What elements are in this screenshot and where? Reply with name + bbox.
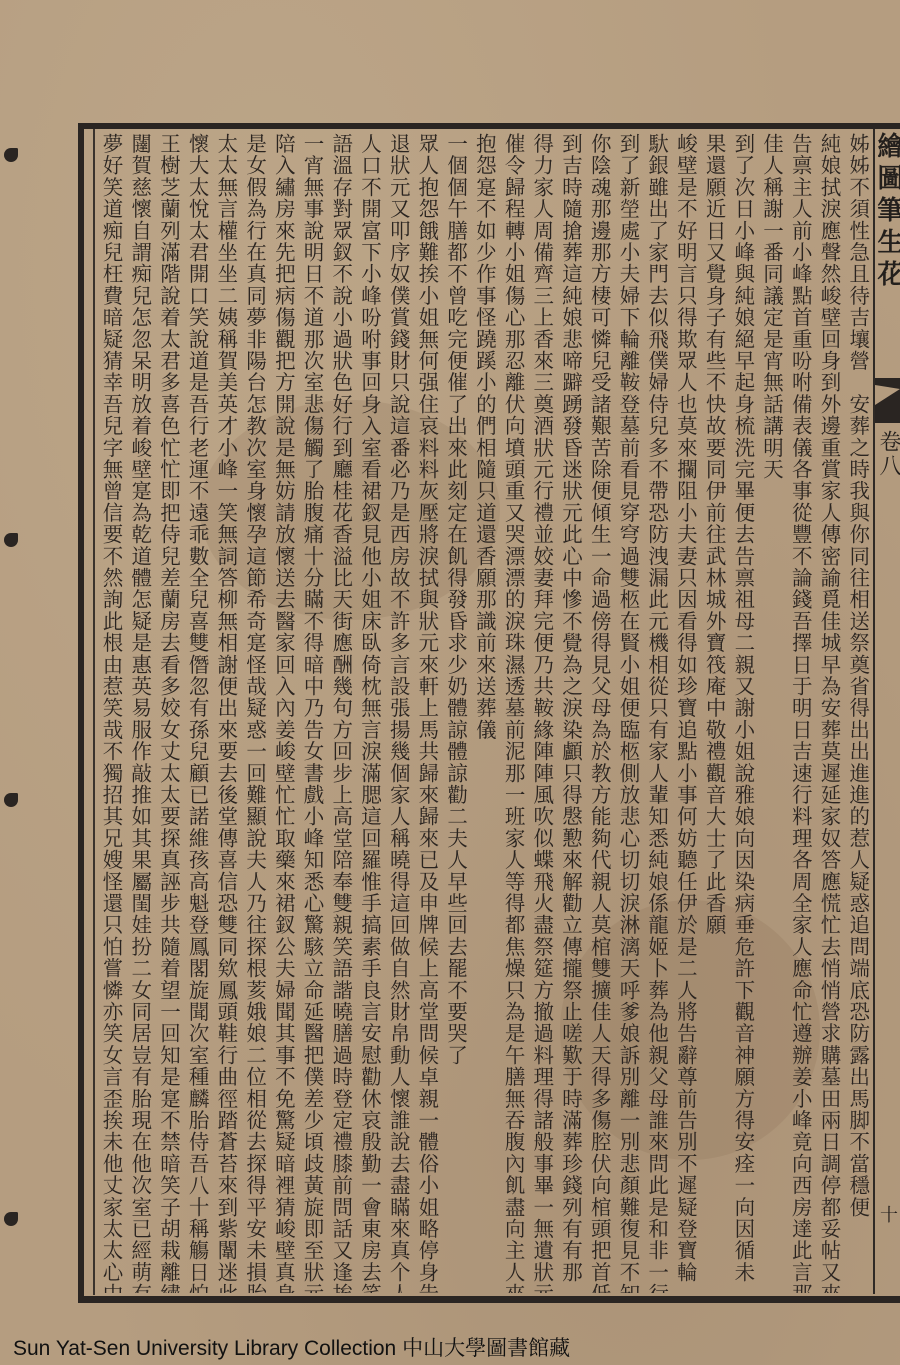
text-column: 得力家人周備齊三上香來三奠酒狀元行禮並姣妻拜完便乃共鞍緣陣陣風吹似蝶飛火盡祭筵方… (529, 133, 554, 1293)
text-column: 馱銀雖出了家門去似飛僕婦侍兒多不帶恐防洩漏此元機相從只有家人輩知悉純娘係龍姬卜葬… (644, 133, 669, 1293)
text-column: 王樹芝蘭列滿階說着太君多喜色忙忙即把侍兒差蘭房去看多姣女丈太太要探真誣步共隨着望… (155, 133, 180, 1293)
text-column: 純娘拭淚應聲然峻壁回身到外邊重賞家人傳密諭覓佳城早為安葬莫遲延家奴答應慌忙去悄悄… (816, 133, 841, 1293)
text-column: 抱怨寔不如少作事怪蹺蹊小的們相隨只道還香願那識前來送葬儀 (471, 133, 496, 1293)
text-column: 到了新塋處小夫婦下輪離鞍登墓前看見穿穹過雙柩在賢小姐便臨柩側放悲心切切淚淋漓天呼… (615, 133, 640, 1293)
text-column: 果還願近日又覺身子有些不快故要同伊前往武林城外寶筏庵中敬禮觀音大士了此香願 (701, 133, 726, 1293)
text-column: 佳人稱謝一番同議定是宵無話講明天 (759, 133, 784, 1293)
binding-hole-icon (4, 148, 18, 162)
text-column: 一宵無事說明日不道那次室悲傷觸了胎腹痛十分瞞不得暗中乃告女書戲小峰知悉心驚駭立命… (299, 133, 324, 1293)
text-column: 陪入繡房來先把病傷觀把方開說是無妨請放懷送去醫家回入內姜峻壁忙忙取藥來裙釵公夫婦… (270, 133, 295, 1293)
block-center-rule (873, 129, 875, 1294)
text-column: 人口不開富下小峰吩咐事回身入室看裙釵見他小姐床臥倚枕無言淚滿腮這回羅惟手搞素手良… (356, 133, 381, 1293)
text-column: 到吉時隨搶葬這純娘悲啼躃踴發昏迷狀元此心中慘不覺為之淚染顱只得慇懃來解勸立傳攏祭… (558, 133, 583, 1293)
folio-number: 十 (876, 1205, 900, 1223)
library-credit: Sun Yat-Sen University Library Collectio… (13, 1332, 570, 1362)
fishtail-mark (875, 378, 900, 383)
text-column: 姊姊不須性急且待吉壤營 安葬之時我與你同往相送祭奠省得出出進進的惹人疑惑追問端底… (845, 133, 870, 1293)
text-column: 到了次日小峰與純娘絕早起身梳洗完畢便去告禀祖母二親又謝小姐說雅娘向因染病垂危許下… (730, 133, 755, 1293)
text-body: 姊姊不須性急且待吉壤營 安葬之時我與你同往相送祭奠省得出出進進的惹人疑惑追問端底… (98, 133, 870, 1293)
text-column: 告禀主人前小峰點首重吩咐備表儀各事從豐不論錢吾擇日于明日吉速行料理各周全家人應命… (787, 133, 812, 1293)
text-column: 太太無言權坐坐二姨稱賀美英才小峰一笑無詞答柳無相謝便出來要去後堂傳喜信恐雙同欸鳳… (213, 133, 238, 1293)
binding-hole-icon (4, 793, 18, 807)
text-column: 你陰魂那邊那方棲可憐兒受諸艱苦除便傾生一命過傍得見父母為於教方能夠代親人莫棺雙擴… (586, 133, 611, 1293)
book-title: 繪圖筆生花 (876, 132, 900, 292)
text-column: 催令歸程轉小姐傷心那忍離伏向墳頭重又哭漂漂的淚珠濕透墓前泥那一班家人等得都焦燥只… (500, 133, 525, 1293)
text-column: 懷大太悅太君開口笑說道是吾行老運不遠乖數全兒喜雙僭忽有孫兒顧已諾維孩高魁登鳳閣旋… (184, 133, 209, 1293)
binding-hole-icon (4, 1212, 18, 1226)
binding-hole-icon (4, 533, 18, 547)
text-column: 語溫存對眾釵不說小過狀色好行到廳桂花香溢比天街應酬幾句方回步上高堂陪奉雙親笑語諧… (328, 133, 353, 1293)
volume-label: 卷八 (876, 430, 900, 478)
text-column: 眾人抱怨餓難挨小姐無何强住哀料料灰壓將淚拭與狀元來軒上馬共歸來歸來已及申牌候上高… (414, 133, 439, 1293)
inner-border-line (93, 129, 95, 1295)
text-column: 峻壁是不好明言只得欺眾人也莫來攔阻小夫妻只因看得如珍寶追點小事何妨聽任伊於是二人… (672, 133, 697, 1293)
text-column: 一個個午膳都不曾吃完便催了出來此刻定在飢得發昏求少奶體諒體諒勸二夫人早些回去罷不… (443, 133, 468, 1293)
text-column: 闥賀慈懷自謂痴兒怎忽呆明放着峻壁寔為乾道體怎疑是惠英易服作敲推如其果屬閨娃扮二女… (127, 133, 152, 1293)
text-column: 退狀元又叩序奴僕賞錢財只說這番必乃是西房故不許多言設張揚幾個家人稱曉得這回做自然… (385, 133, 410, 1293)
text-column: 是女假為行在真同夢非陽台怎教次室身懷孕這節希奇寔怪哉疑惑一回難顯說夫人乃往探根荄… (242, 133, 267, 1293)
text-column: 夢好笑道痴兒枉費暗疑猜幸吾兒字無曾信要不然詢此根由惹笑哉不獨招其兄嫂怪還只怕嘗憐… (98, 133, 123, 1293)
